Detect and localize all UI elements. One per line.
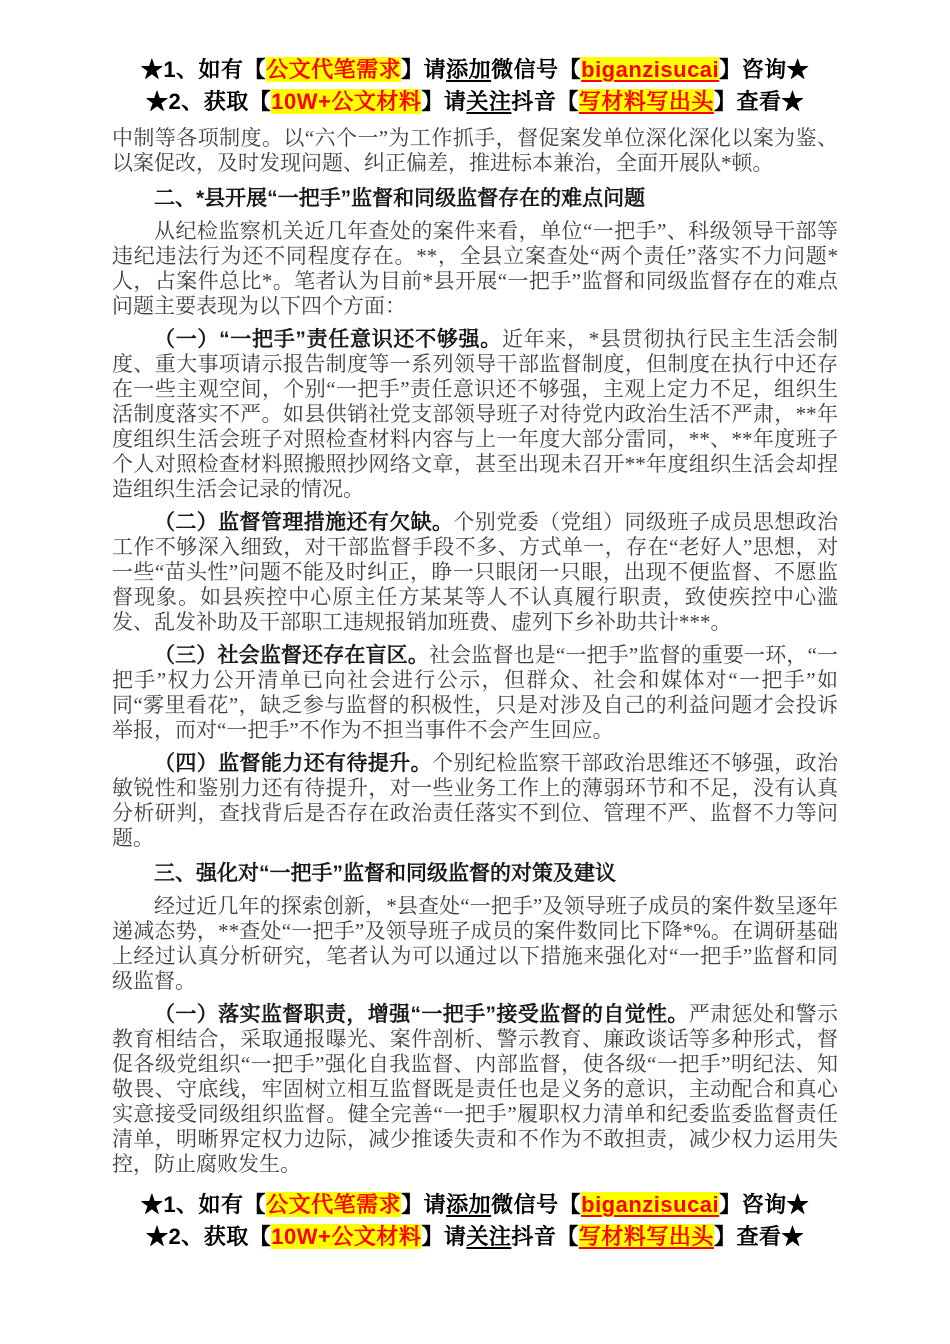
douyin-id: 写材料写出头 <box>579 1224 714 1249</box>
notice-top: ★1、如有【公文代笔需求】请添加微信号【biganzisucai】咨询★ ★2、… <box>112 54 838 118</box>
notice-text: 】咨询★ <box>719 57 809 82</box>
problem-item-1: （一）“一把手”责任意识还不够强。近年来，*县贯彻执行民主生活会制度、重大事项请… <box>112 327 838 502</box>
notice-text: 】请 <box>401 1192 446 1217</box>
notice-line-2: ★2、获取【10W+公文材料】请关注抖音【写材料写出头】查看★ <box>112 1221 838 1253</box>
problem-item-4: （四）监督能力还有待提升。个别纪检监察干部政治思维还不够强，政治敏锐性和鉴别力还… <box>112 751 838 851</box>
problem-item-2: （二）监督管理措施还有欠缺。个别党委（党组）同级班子成员思想政治工作不够深入细致… <box>112 510 838 635</box>
notice-text: 抖音【 <box>511 89 579 114</box>
advice-item-1-lead: （一）落实监督职责，增强“一把手”接受监督的自觉性。 <box>154 1003 689 1026</box>
notice-line-1: ★1、如有【公文代笔需求】请添加微信号【biganzisucai】咨询★ <box>112 1189 838 1221</box>
problem-item-1-text: 近年来，*县贯彻执行民主生活会制度、重大事项请示报告制度等一系列领导干部监督制度… <box>112 327 838 501</box>
notice-action-add: 添加 <box>446 1192 491 1217</box>
notice-action-follow: 关注 <box>466 89 511 114</box>
notice-bottom: ★1、如有【公文代笔需求】请添加微信号【biganzisucai】咨询★ ★2、… <box>112 1189 838 1253</box>
notice-text: 】请 <box>401 57 446 82</box>
problem-item-4-lead: （四）监督能力还有待提升。 <box>154 752 432 775</box>
section-2-intro-paragraph: 从纪检监察机关近几年查处的案件来看，单位“一把手”、科级领导干部等违纪违法行为还… <box>112 219 838 319</box>
notice-text: ★1、如有【 <box>141 1192 266 1217</box>
notice-line-2: ★2、获取【10W+公文材料】请关注抖音【写材料写出头】查看★ <box>112 86 838 118</box>
notice-text: 微信号【 <box>491 1192 581 1217</box>
notice-text: 抖音【 <box>511 1224 579 1249</box>
notice-action-add: 添加 <box>446 57 491 82</box>
section-3-intro-paragraph: 经过近几年的探索创新，*县查处“一把手”及领导班子成员的案件数呈逐年递减态势，*… <box>112 894 838 994</box>
notice-text: 】请 <box>421 89 466 114</box>
notice-text: 】请 <box>421 1224 466 1249</box>
notice-text: ★2、获取【 <box>146 1224 271 1249</box>
advice-item-1: （一）落实监督职责，增强“一把手”接受监督的自觉性。严肃惩处和警示教育相结合，采… <box>112 1002 838 1177</box>
notice-text: 】咨询★ <box>719 1192 809 1217</box>
section-2-heading: 二、*县开展“一把手”监督和同级监督存在的难点问题 <box>112 186 838 211</box>
wechat-id: biganzisucai <box>581 57 719 82</box>
section-3-heading: 三、强化对“一把手”监督和同级监督的对策及建议 <box>112 861 838 886</box>
notice-line-1: ★1、如有【公文代笔需求】请添加微信号【biganzisucai】咨询★ <box>112 54 838 86</box>
advice-item-1-text: 严肃惩处和警示教育相结合，采取通报曝光、案件剖析、警示教育、廉政谈话等多种形式，… <box>112 1002 838 1176</box>
notice-highlight-service: 公文代笔需求 <box>266 57 401 82</box>
notice-text: ★2、获取【 <box>146 89 271 114</box>
continuation-paragraph: 中制等各项制度。以“六个一”为工作抓手，督促案发单位深化深化以案为鉴、以案促改，… <box>112 126 838 176</box>
notice-text: ★1、如有【 <box>141 57 266 82</box>
notice-highlight-materials: 10W+公文材料 <box>271 1224 421 1249</box>
notice-text: 】查看★ <box>714 89 804 114</box>
douyin-id: 写材料写出头 <box>579 89 714 114</box>
problem-item-2-lead: （二）监督管理措施还有欠缺。 <box>154 511 453 534</box>
notice-highlight-materials: 10W+公文材料 <box>271 89 421 114</box>
notice-text: 微信号【 <box>491 57 581 82</box>
wechat-id: biganzisucai <box>581 1192 719 1217</box>
notice-text: 】查看★ <box>714 1224 804 1249</box>
problem-item-3: （三）社会监督还存在盲区。社会监督也是“一把手”监督的重要一环，“一把手”权力公… <box>112 643 838 743</box>
document-page: ★1、如有【公文代笔需求】请添加微信号【biganzisucai】咨询★ ★2、… <box>0 0 950 1344</box>
notice-highlight-service: 公文代笔需求 <box>266 1192 401 1217</box>
problem-item-1-lead: （一）“一把手”责任意识还不够强。 <box>154 328 502 351</box>
problem-item-3-lead: （三）社会监督还存在盲区。 <box>154 644 429 667</box>
notice-action-follow: 关注 <box>466 1224 511 1249</box>
